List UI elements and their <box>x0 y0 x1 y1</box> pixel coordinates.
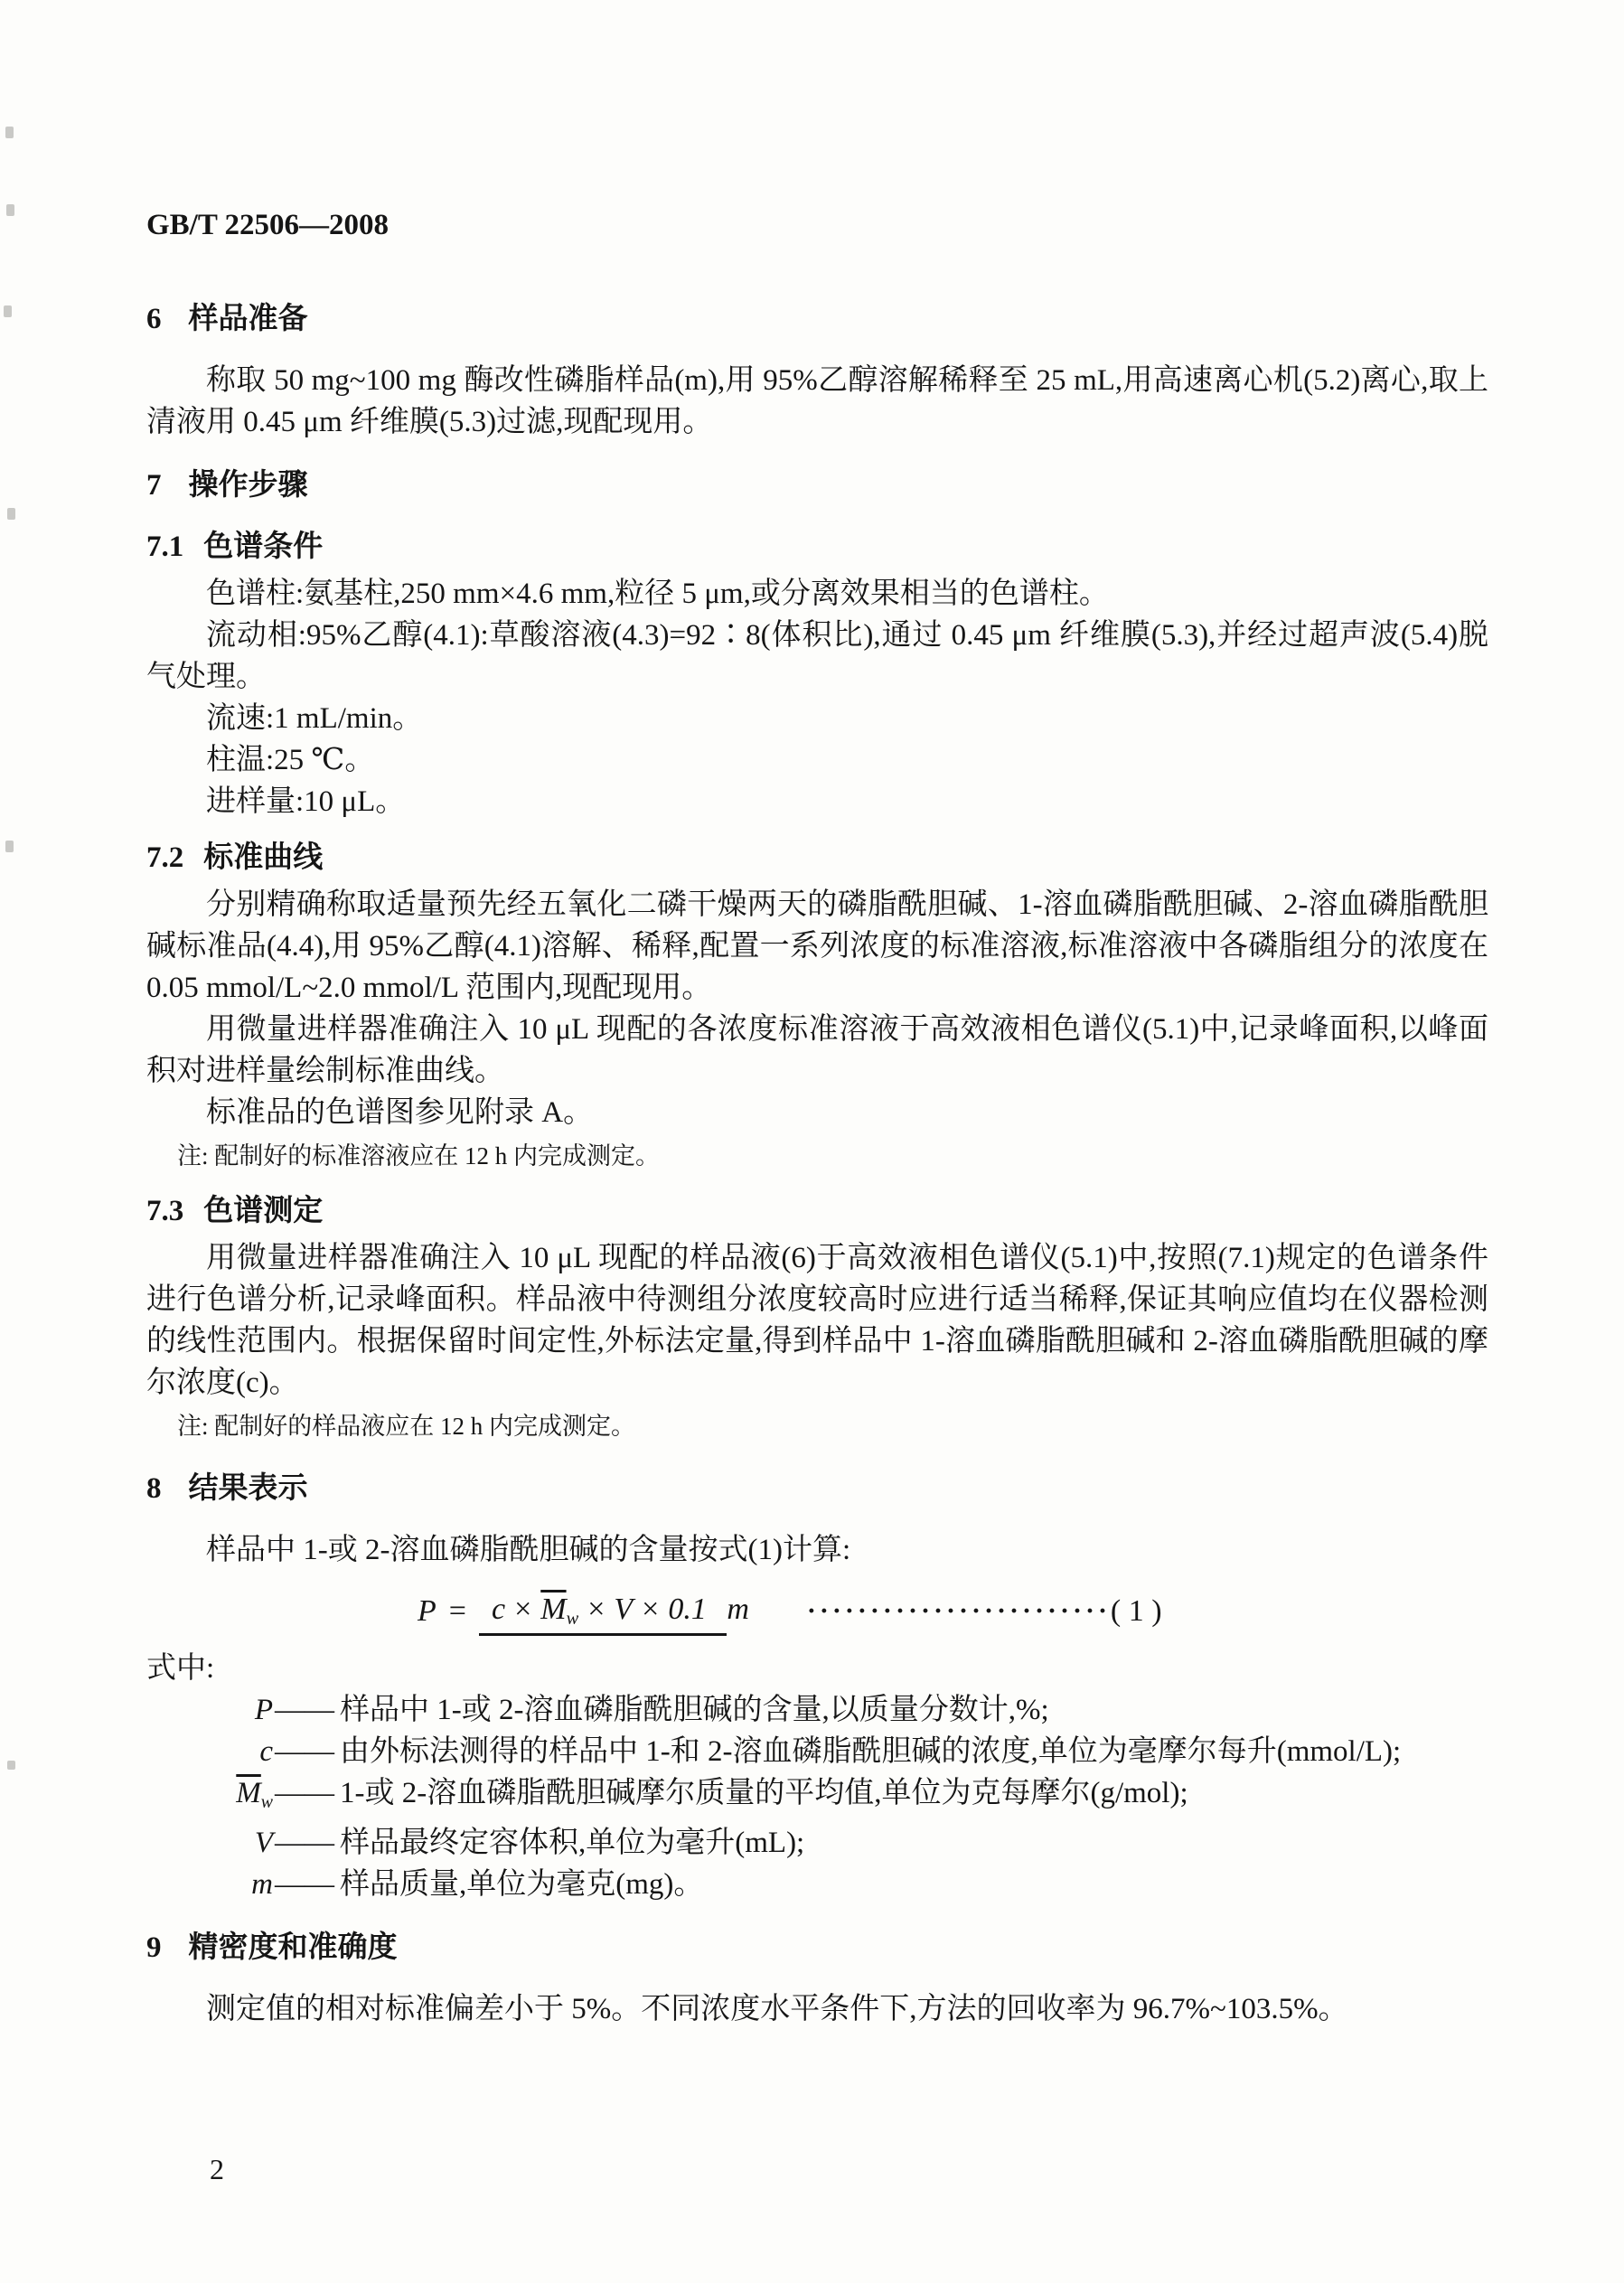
document-page: GB/T 22506—2008 6样品准备 称取 50 mg~100 mg 酶改… <box>0 0 1624 2283</box>
definition-dash: —— <box>275 1689 334 1731</box>
section-8-paragraph: 样品中 1-或 2-溶血磷脂酰胆碱的含量按式(1)计算: <box>146 1529 1488 1571</box>
section-7-3-title: 色谱测定 <box>203 1195 323 1227</box>
multiply-sign: × <box>587 1592 605 1626</box>
injection-volume-line: 进样量:10 μL。 <box>146 781 1488 822</box>
definition-term-Mw: Mw <box>146 1772 273 1823</box>
term-symbol: M <box>236 1777 261 1809</box>
section-7-2-paragraph-2: 用微量进样器准确注入 10 μL 现配的各浓度标准溶液于高效液相色谱仪(5.1)… <box>146 1009 1488 1092</box>
variable-M-bar: M <box>540 1592 566 1626</box>
section-7-3-heading: 7.3色谱测定 <box>146 1190 1488 1232</box>
multiply-sign: × <box>514 1592 531 1626</box>
section-7-1-title: 色谱条件 <box>203 531 323 563</box>
formula-dotted-leader: ······························· <box>807 1596 1105 1626</box>
term-subscript: w <box>261 1791 273 1811</box>
definition-dash: —— <box>275 1772 334 1823</box>
section-9-heading: 9精密度和准确度 <box>146 1927 1488 1968</box>
definition-dash: —— <box>275 1822 334 1864</box>
mobile-phase-line: 流动相:95%乙醇(4.1):草酸溶液(4.3)=92∶8(体积比),通过 0.… <box>146 615 1488 698</box>
section-7-number: 7 <box>146 469 162 502</box>
scan-artifact <box>7 508 15 520</box>
section-7-3-note: 注: 配制好的样品液应在 12 h 内完成测定。 <box>177 1406 1488 1446</box>
section-7-1-heading: 7.1色谱条件 <box>146 526 1488 568</box>
term-symbol: P <box>255 1694 273 1726</box>
where-label: 式中: <box>146 1648 1488 1689</box>
term-symbol: V <box>255 1827 273 1859</box>
definition-term-c: c <box>146 1731 273 1772</box>
section-7-2-title: 标准曲线 <box>203 841 323 874</box>
scan-artifact <box>7 1761 15 1770</box>
scan-artifact <box>5 127 14 138</box>
definition-row-V: V —— 样品最终定容体积,单位为毫升(mL); <box>146 1822 1488 1864</box>
definition-desc-c: 由外标法测得的样品中 1-和 2-溶血磷脂酰胆碱的浓度,单位为毫摩尔每升(mmo… <box>340 1731 1488 1772</box>
formula-fraction: c×Mw×V×0.1 m <box>479 1592 749 1630</box>
section-7-1-number: 7.1 <box>146 531 183 563</box>
section-7-2-note: 注: 配制好的标准溶液应在 12 h 内完成测定。 <box>177 1136 1488 1176</box>
section-8-number: 8 <box>146 1472 162 1505</box>
definition-term-P: P <box>146 1689 273 1731</box>
definition-term-m: m <box>146 1864 273 1905</box>
section-7-2-heading: 7.2标准曲线 <box>146 837 1488 878</box>
standard-number-header: GB/T 22506—2008 <box>146 204 1488 246</box>
formula-numerator: c×Mw×V×0.1 <box>479 1592 727 1636</box>
equals-sign: = <box>449 1594 466 1628</box>
section-9-number: 9 <box>146 1931 162 1964</box>
section-7-2-paragraph-3: 标准品的色谱图参见附录 A。 <box>146 1092 1488 1133</box>
section-7-heading: 7操作步骤 <box>146 465 1488 506</box>
variable-M-subscript-w: w <box>567 1609 579 1629</box>
section-9-title: 精密度和准确度 <box>189 1931 398 1964</box>
formula-lhs-P: P <box>418 1594 437 1628</box>
definition-row-m: m —— 样品质量,单位为毫克(mg)。 <box>146 1864 1488 1905</box>
definition-desc-P: 样品中 1-或 2-溶血磷脂酰胆碱的含量,以质量分数计,%; <box>340 1689 1488 1731</box>
section-7-title: 操作步骤 <box>189 469 308 502</box>
term-symbol: c <box>259 1735 273 1768</box>
page-number: 2 <box>210 2153 224 2186</box>
section-9-paragraph: 测定值的相对标准偏差小于 5%。不同浓度水平条件下,方法的回收率为 96.7%~… <box>146 1988 1488 2030</box>
section-6-number: 6 <box>146 303 162 335</box>
multiply-sign: × <box>642 1592 659 1626</box>
section-6-heading: 6样品准备 <box>146 298 1488 340</box>
formula-number: ( 1 ) <box>1111 1594 1162 1628</box>
section-7-2-number: 7.2 <box>146 841 183 874</box>
section-8-heading: 8结果表示 <box>146 1468 1488 1509</box>
definition-row-c: c —— 由外标法测得的样品中 1-和 2-溶血磷脂酰胆碱的浓度,单位为毫摩尔每… <box>146 1731 1488 1772</box>
variable-c: c <box>492 1592 505 1626</box>
definition-desc-V: 样品最终定容体积,单位为毫升(mL); <box>340 1822 1488 1864</box>
term-symbol: m <box>251 1868 273 1901</box>
definition-desc-m: 样品质量,单位为毫克(mg)。 <box>340 1864 1488 1905</box>
definition-row-P: P —— 样品中 1-或 2-溶血磷脂酰胆碱的含量,以质量分数计,%; <box>146 1689 1488 1731</box>
section-7-2-paragraph-1: 分别精确称取适量预先经五氧化二磷干燥两天的磷脂酰胆碱、1-溶血磷脂酰胆碱、2-溶… <box>146 884 1488 1009</box>
section-8-title: 结果表示 <box>189 1472 308 1505</box>
section-7-3-paragraph: 用微量进样器准确注入 10 μL 现配的样品液(6)于高效液相色谱仪(5.1)中… <box>146 1237 1488 1404</box>
section-7-3-number: 7.3 <box>146 1195 183 1227</box>
scan-artifact <box>4 305 12 317</box>
section-6-paragraph: 称取 50 mg~100 mg 酶改性磷脂样品(m),用 95%乙醇溶解稀释至 … <box>146 360 1488 443</box>
column-temperature-line: 柱温:25 ℃。 <box>146 739 1488 781</box>
definition-row-Mw: Mw —— 1-或 2-溶血磷脂酰胆碱摩尔质量的平均值,单位为克每摩尔(g/mo… <box>146 1772 1488 1823</box>
scan-artifact <box>6 204 14 216</box>
scan-artifact <box>5 841 14 852</box>
page-content: GB/T 22506—2008 6样品准备 称取 50 mg~100 mg 酶改… <box>0 0 1624 2030</box>
variable-m: m <box>727 1592 749 1626</box>
definition-term-V: V <box>146 1822 273 1864</box>
formula-expression: P = c×Mw×V×0.1 m <box>418 1592 749 1630</box>
constant-0-1: 0.1 <box>668 1592 707 1626</box>
definition-dash: —— <box>275 1731 334 1772</box>
flow-rate-line: 流速:1 mL/min。 <box>146 698 1488 739</box>
chromatographic-column-line: 色谱柱:氨基柱,250 mm×4.6 mm,粒径 5 μm,或分离效果相当的色谱… <box>146 573 1488 615</box>
variable-V: V <box>614 1592 633 1626</box>
formula-1: P = c×Mw×V×0.1 m ·······················… <box>146 1592 1488 1630</box>
definition-desc-Mw: 1-或 2-溶血磷脂酰胆碱摩尔质量的平均值,单位为克每摩尔(g/mol); <box>340 1772 1488 1823</box>
formula-denominator: m <box>727 1587 749 1626</box>
definition-dash: —— <box>275 1864 334 1905</box>
section-6-title: 样品准备 <box>189 303 308 335</box>
